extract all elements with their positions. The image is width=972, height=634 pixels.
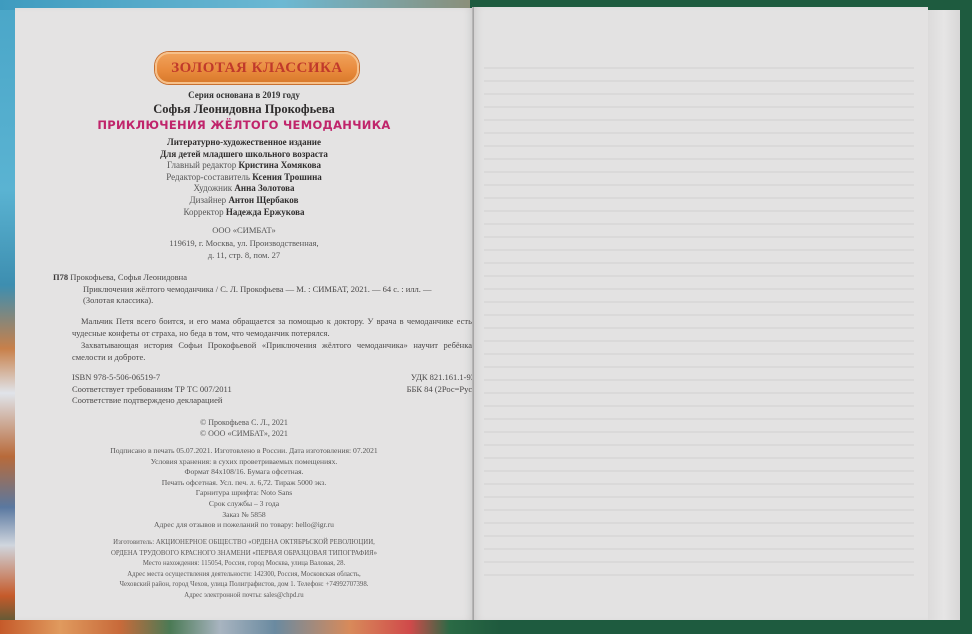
classification-block: УДК 821.161.1-93 ББК 84 (2Рос=Рус) — [385, 372, 475, 395]
imprint-line: Срок службы – 3 года — [15, 499, 473, 510]
manufacturer-line: Изготовитель: АКЦИОНЕРНОЕ ОБЩЕСТВО «ОРДЕ… — [15, 538, 473, 549]
annotation-paragraph: Мальчик Петя всего боится, и его мама об… — [72, 315, 472, 339]
imprint-line: Гарнитура шрифта: Noto Sans — [15, 488, 473, 499]
credit-line: Дизайнер Антон Щербаков — [15, 195, 473, 207]
book-title: ПРИКЛЮЧЕНИЯ ЖЁЛТОГО ЧЕМОДАНЧИКА — [15, 118, 473, 132]
publisher-address: 119619, г. Москва, ул. Производственная, — [15, 237, 473, 250]
credit-name: Ксения Трошина — [252, 172, 322, 182]
credit-line: Художник Анна Золотова — [15, 183, 473, 195]
isbn: ISBN 978-5-506-06519-7 — [72, 372, 272, 384]
credits-block: Литературно-художественное издание Для д… — [15, 137, 473, 218]
imprint-line: Заказ № 5858 — [15, 510, 473, 521]
credit-name: Анна Золотова — [234, 183, 294, 193]
left-page: ЗОЛОТАЯ КЛАССИКА Серия основана в 2019 г… — [15, 8, 473, 620]
credit-name: Антон Щербаков — [228, 195, 298, 205]
right-page-blank — [474, 7, 928, 620]
catalog-code: П78 — [53, 272, 68, 282]
series-founded: Серия основана в 2019 году — [15, 90, 473, 100]
manufacturer-line: Адрес места осуществления деятельности: … — [15, 570, 473, 581]
credit-role: Главный редактор — [167, 160, 236, 170]
series-badge: ЗОЛОТАЯ КЛАССИКА — [155, 52, 359, 84]
manufacturer-line: Место нахождения: 115054, Россия, город … — [15, 559, 473, 570]
credit-line: Корректор Надежда Ержукова — [15, 207, 473, 219]
manufacturer-line: Чеховский район, город Чехов, улица Поли… — [15, 580, 473, 591]
imprint-line: Подписано в печать 05.07.2021. Изготовле… — [15, 446, 473, 457]
credit-name: Кристина Хомякова — [238, 160, 321, 170]
catalog-series: (Золотая классика). — [53, 295, 473, 307]
edition-type: Литературно-художественное издание — [167, 137, 321, 147]
manufacturer-line: Адрес электронной почты: sales@chpd.ru — [15, 591, 473, 602]
book-cover-bottom-edge — [0, 620, 500, 634]
manufacturer-block: Изготовитель: АКЦИОНЕРНОЕ ОБЩЕСТВО «ОРДЕ… — [15, 538, 473, 601]
isbn-block: ISBN 978-5-506-06519-7 Соответствует тре… — [72, 372, 272, 407]
annotation-paragraph: Захватывающая история Софьи Прокофьевой … — [72, 339, 472, 363]
publisher-block: ООО «СИМБАТ» 119619, г. Москва, ул. Прои… — [15, 224, 473, 262]
annotation: Мальчик Петя всего боится, и его мама об… — [72, 315, 472, 363]
publisher-name: ООО «СИМБАТ» — [15, 224, 473, 237]
udk: УДК 821.161.1-93 — [385, 372, 475, 384]
credit-line: Редактор-составитель Ксения Трошина — [15, 172, 473, 184]
copyright-block: © Прокофьева С. Л., 2021 © ООО «СИМБАТ»,… — [15, 417, 473, 439]
credit-role: Художник — [193, 183, 232, 193]
catalog-author: Прокофьева, Софья Леонидовна — [70, 272, 187, 282]
imprint-line: Печать офсетная. Усл. печ. л. 6,72. Тира… — [15, 478, 473, 489]
catalog-record: П78 Прокофьева, Софья Леонидовна Приключ… — [53, 272, 473, 307]
imprint-page-content: ЗОЛОТАЯ КЛАССИКА Серия основана в 2019 г… — [15, 8, 473, 620]
copyright-line: © ООО «СИМБАТ», 2021 — [15, 428, 473, 439]
declaration: Соответствие подтверждено декларацией — [72, 395, 272, 407]
credit-role: Дизайнер — [190, 195, 227, 205]
catalog-title: Приключения жёлтого чемоданчика / С. Л. … — [53, 284, 473, 296]
page-stack-edge — [928, 10, 960, 620]
credit-role: Корректор — [184, 207, 224, 217]
bbk: ББК 84 (2Рос=Рус) — [385, 384, 475, 396]
credit-line: Главный редактор Кристина Хомякова — [15, 160, 473, 172]
copyright-line: © Прокофьева С. Л., 2021 — [15, 417, 473, 428]
credit-role: Редактор-составитель — [166, 172, 250, 182]
manufacturer-line: ОРДЕНА ТРУДОВОГО КРАСНОГО ЗНАМЕНИ «ПЕРВА… — [15, 549, 473, 560]
series-badge-label: ЗОЛОТАЯ КЛАССИКА — [171, 60, 343, 77]
conformity: Соответствует требованиям ТР ТС 007/2011 — [72, 384, 272, 396]
author-name: Софья Леонидовна Прокофьева — [15, 102, 473, 117]
show-through-texture — [484, 67, 914, 587]
imprint-line: Формат 84x108/16. Бумага офсетная. — [15, 467, 473, 478]
imprint-block: Подписано в печать 05.07.2021. Изготовле… — [15, 446, 473, 531]
publisher-address: д. 11, стр. 8, пом. 27 — [15, 249, 473, 262]
imprint-line: Адрес для отзывов и пожеланий по товару:… — [15, 520, 473, 531]
imprint-line: Условия хранения: в сухих проветриваемых… — [15, 457, 473, 468]
audience: Для детей младшего школьного возраста — [160, 149, 328, 159]
credit-name: Надежда Ержукова — [226, 207, 305, 217]
